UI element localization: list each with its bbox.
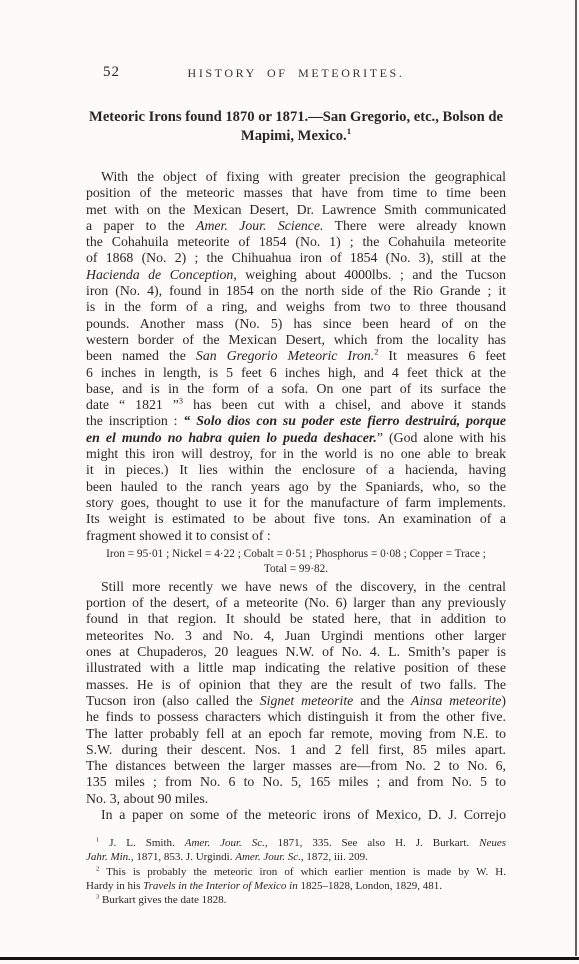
paragraph-1: With the object of fixing with greater p… xyxy=(86,169,506,544)
text-line: portion of the desert, of a meteorite (N… xyxy=(86,595,506,611)
text-line: found in that region. It should be state… xyxy=(86,611,506,627)
text-line: Meteoric Irons found 1870 or 1871.—San G… xyxy=(86,108,506,127)
text-line: masses. He is of opinion that they are t… xyxy=(86,677,506,693)
text-line: 2 This is probably the meteoric iron of … xyxy=(86,865,506,879)
text-line: No. 3, about 90 miles. xyxy=(86,791,506,807)
text-line: Hacienda de Conception, weighing about 4… xyxy=(86,267,506,283)
text-line: met with on the Mexican Desert, Dr. Lawr… xyxy=(86,202,506,218)
text-line: Total = 99·82. xyxy=(86,562,506,577)
text-line: S.W. during their descent. Nos. 1 and 2 … xyxy=(86,742,506,758)
text-line: 6 inches in length, is 5 feet 6 inches h… xyxy=(86,365,506,381)
page-edge-rule-bottom xyxy=(0,957,579,960)
text-line: might this iron will destroy, for in the… xyxy=(86,446,506,462)
text-line: pounds. Another mass (No. 5) has since b… xyxy=(86,316,506,332)
chemical-analysis: Iron = 95·01 ; Nickel = 4·22 ; Cobalt = … xyxy=(86,547,506,577)
text-line: western border of the Mexican Desert, wh… xyxy=(86,332,506,348)
text-line: Hardy in his Travels in the Interior of … xyxy=(86,879,506,893)
text-line: a paper to the Amer. Jour. Science. Ther… xyxy=(86,218,506,234)
text-line: it in pieces.) It lies within the enclos… xyxy=(86,462,506,478)
text-line: illustrated with a little map indicating… xyxy=(86,660,506,676)
text-line: fragment showed it to consist of : xyxy=(86,528,506,544)
paragraph-3: In a paper on some of the meteoric irons… xyxy=(86,807,506,823)
text-line: the Cohahuila meteorite of 1854 (No. 1) … xyxy=(86,234,506,250)
paragraph-2: Still more recently we have news of the … xyxy=(86,579,506,807)
text-line: Its weight is estimated to be about five… xyxy=(86,511,506,527)
text-line: is in the form of a ring, and weighs fro… xyxy=(86,299,506,315)
text-line: The distances between the larger masses … xyxy=(86,758,506,774)
text-line: With the object of fixing with greater p… xyxy=(86,169,506,185)
text-line: Jahr. Min., 1871, 853. J. Urgindi. Amer.… xyxy=(86,850,506,864)
text-line: Mapimi, Mexico.1 xyxy=(86,127,506,146)
text-line: 1 J. L. Smith. Amer. Jour. Sc., 1871, 33… xyxy=(86,836,506,850)
text-line: The latter probably fell at an epoch far… xyxy=(86,726,506,742)
text-line: 3 Burkart gives the date 1828. xyxy=(86,893,506,907)
text-line: In a paper on some of the meteoric irons… xyxy=(86,807,506,823)
text-line: Tucson iron (also called the Signet mete… xyxy=(86,693,506,709)
text-line: ones at Chupaderos, 20 leagues N.W. of N… xyxy=(86,644,506,660)
text-line: date “ 1821 ”3 has been cut with a chise… xyxy=(86,397,506,413)
page-header: 52 HISTORY OF METEORITES. xyxy=(86,66,506,84)
text-line: 135 miles ; from No. 6 to No. 5, 165 mil… xyxy=(86,774,506,790)
text-line: en el mundo no habra quien lo pueda desh… xyxy=(86,430,506,446)
running-head: HISTORY OF METEORITES. xyxy=(86,66,506,81)
page-number: 52 xyxy=(103,64,120,81)
text-line: story goes, thought to use it for the ma… xyxy=(86,495,506,511)
text-line: been named the San Gregorio Meteoric Iro… xyxy=(86,348,506,364)
text-line: Still more recently we have news of the … xyxy=(86,579,506,595)
text-line: iron (No. 4), found in 1854 on the north… xyxy=(86,283,506,299)
book-page: 52 HISTORY OF METEORITES. Meteoric Irons… xyxy=(0,0,579,964)
text-line: meteorites No. 3 and No. 4, Juan Urgindi… xyxy=(86,628,506,644)
text-line: been hauled to the ranch years ago by th… xyxy=(86,479,506,495)
text-line: the inscription : “ Solo dios con su pod… xyxy=(86,413,506,429)
text-line: position of the meteoric masses that hav… xyxy=(86,185,506,201)
text-line: of 1868 (No. 2) ; the Chihuahua iron of … xyxy=(86,250,506,266)
text-line: base, and is in the form of a sofa. On o… xyxy=(86,381,506,397)
article-title: Meteoric Irons found 1870 or 1871.—San G… xyxy=(86,108,506,146)
text-line: he finds to possess characters which dis… xyxy=(86,709,506,725)
text-line: Iron = 95·01 ; Nickel = 4·22 ; Cobalt = … xyxy=(86,547,506,562)
body-text: With the object of fixing with greater p… xyxy=(86,169,506,823)
page-edge-rule-vertical xyxy=(575,0,577,956)
footnotes: 1 J. L. Smith. Amer. Jour. Sc., 1871, 33… xyxy=(86,836,506,907)
